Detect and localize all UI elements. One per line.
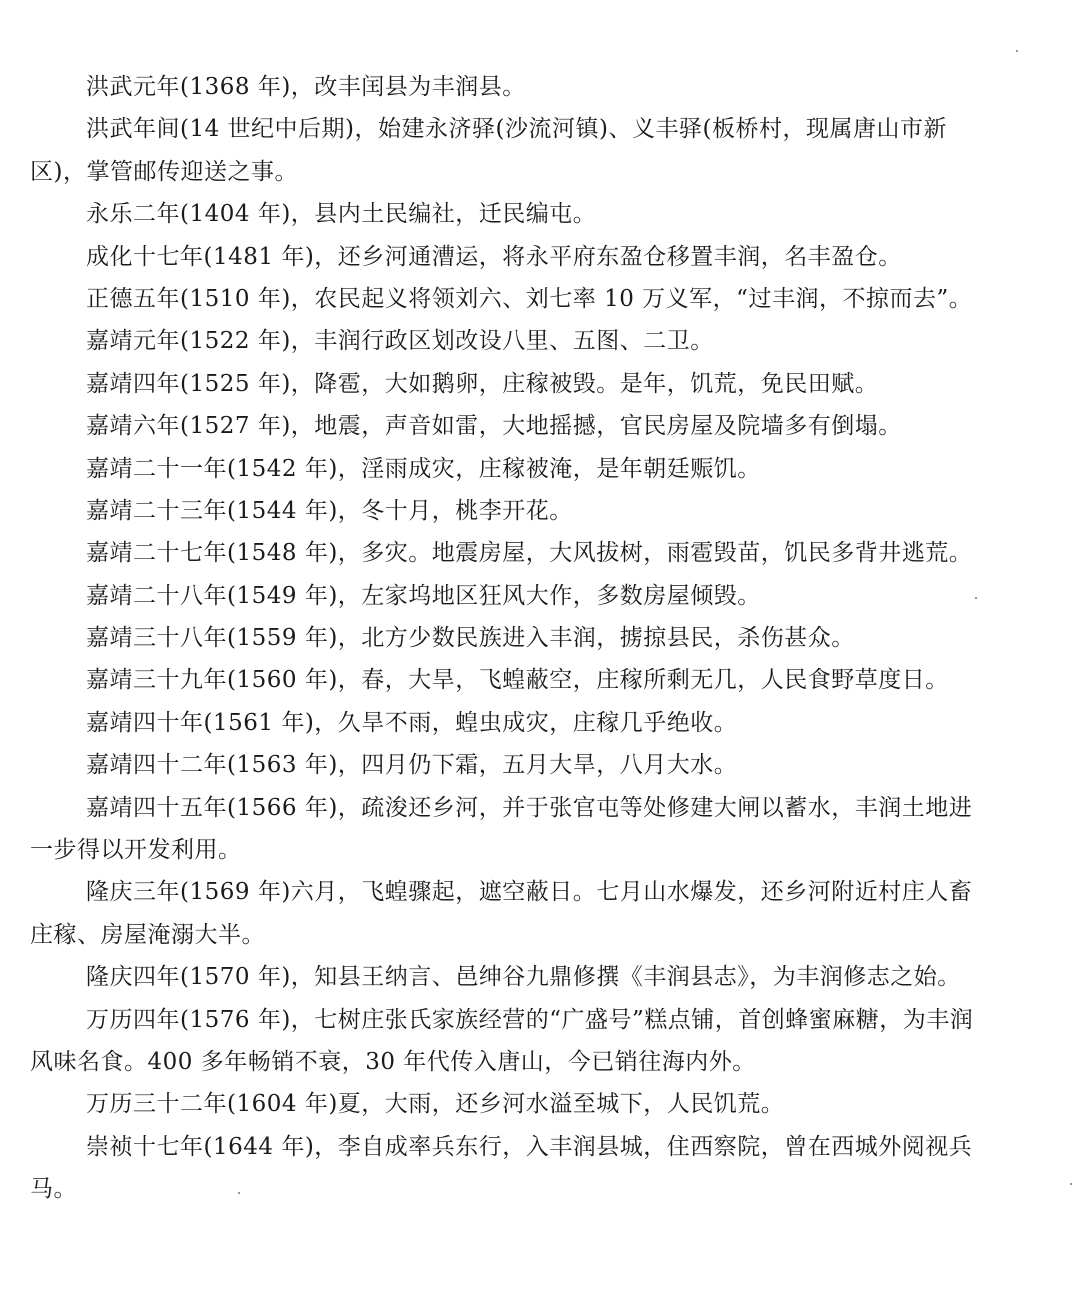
paragraph-line: 成化十七年(1481 年)，还乡河通漕运，将永平府东盈仓移置丰润，名丰盈仓。 [0, 236, 1078, 278]
paragraph-continuation-line: 一步得以开发利用。 [0, 829, 1078, 871]
paragraph: 正德五年(1510 年)，农民起义将领刘六、刘七率 10 万义军，“过丰润，不掠… [0, 278, 1078, 320]
paragraph-line: 洪武元年(1368 年)，改丰闰县为丰润县。 [0, 66, 1078, 108]
paragraph: 嘉靖四年(1525 年)，降雹，大如鹅卵，庄稼被毁。是年，饥荒，免民田赋。 [0, 363, 1078, 405]
paragraph-line: 嘉靖四十五年(1566 年)，疏浚还乡河，并于张官屯等处修建大闸以蓄水，丰润土地… [0, 787, 1078, 829]
document-page: 洪武元年(1368 年)，改丰闰县为丰润县。洪武年间(14 世纪中后期)，始建永… [0, 66, 1078, 1211]
paragraph-line: 正德五年(1510 年)，农民起义将领刘六、刘七率 10 万义军，“过丰润，不掠… [0, 278, 1078, 320]
paragraph: 洪武元年(1368 年)，改丰闰县为丰润县。 [0, 66, 1078, 108]
paragraph-line: 洪武年间(14 世纪中后期)，始建永济驿(沙流河镇)、义丰驿(板桥村，现属唐山市… [0, 108, 1078, 150]
paragraph: 万历三十二年(1604 年)夏，大雨，还乡河水溢至城下，人民饥荒。 [0, 1083, 1078, 1125]
paragraph-line: 嘉靖四十二年(1563 年)，四月仍下霜，五月大旱，八月大水。 [0, 744, 1078, 786]
paragraph: 隆庆四年(1570 年)，知县王纳言、邑绅谷九鼎修撰《丰润县志》，为丰润修志之始… [0, 956, 1078, 998]
paragraph-line: 崇祯十七年(1644 年)，李自成率兵东行，入丰润县城，住西察院，曾在西城外阅视… [0, 1126, 1078, 1168]
paragraph-line: 嘉靖元年(1522 年)，丰润行政区划改设八里、五图、二卫。 [0, 320, 1078, 362]
paragraph: 隆庆三年(1569 年)六月，飞蝗骤起，遮空蔽日。七月山水爆发，还乡河附近村庄人… [0, 871, 1078, 956]
paragraph: 嘉靖元年(1522 年)，丰润行政区划改设八里、五图、二卫。 [0, 320, 1078, 362]
paragraph-continuation-line: 风味名食。400 多年畅销不衰，30 年代传入唐山，今已销往海内外。 [0, 1041, 1078, 1083]
paragraph-continuation-line: 马。 [0, 1168, 1078, 1210]
paragraph: 嘉靖二十一年(1542 年)，淫雨成灾，庄稼被淹，是年朝廷赈饥。 [0, 448, 1078, 490]
paragraph: 嘉靖四十二年(1563 年)，四月仍下霜，五月大旱，八月大水。 [0, 744, 1078, 786]
paragraph: 嘉靖三十八年(1559 年)，北方少数民族进入丰润，掳掠县民，杀伤甚众。 [0, 617, 1078, 659]
paragraph-line: 万历四年(1576 年)，七树庄张氏家族经营的“广盛号”糕点铺，首创蜂蜜麻糖，为… [0, 999, 1078, 1041]
paragraph-line: 隆庆三年(1569 年)六月，飞蝗骤起，遮空蔽日。七月山水爆发，还乡河附近村庄人… [0, 871, 1078, 913]
paragraph: 嘉靖六年(1527 年)，地震，声音如雷，大地摇撼，官民房屋及院墙多有倒塌。 [0, 405, 1078, 447]
paragraph-line: 嘉靖四十年(1561 年)，久旱不雨，蝗虫成灾，庄稼几乎绝收。 [0, 702, 1078, 744]
paragraph-continuation-line: 区)，掌管邮传迎送之事。 [0, 151, 1078, 193]
paragraph: 崇祯十七年(1644 年)，李自成率兵东行，入丰润县城，住西察院，曾在西城外阅视… [0, 1126, 1078, 1211]
paragraph: 永乐二年(1404 年)，县内土民编社，迁民编屯。 [0, 193, 1078, 235]
paragraph: 洪武年间(14 世纪中后期)，始建永济驿(沙流河镇)、义丰驿(板桥村，现属唐山市… [0, 108, 1078, 193]
paragraph-line: 隆庆四年(1570 年)，知县王纳言、邑绅谷九鼎修撰《丰润县志》，为丰润修志之始… [0, 956, 1078, 998]
scan-speck [1016, 50, 1018, 52]
paragraph-line: 嘉靖二十一年(1542 年)，淫雨成灾，庄稼被淹，是年朝廷赈饥。 [0, 448, 1078, 490]
paragraph-line: 嘉靖六年(1527 年)，地震，声音如雷，大地摇撼，官民房屋及院墙多有倒塌。 [0, 405, 1078, 447]
paragraph: 嘉靖四十年(1561 年)，久旱不雨，蝗虫成灾，庄稼几乎绝收。 [0, 702, 1078, 744]
paragraph-line: 嘉靖二十三年(1544 年)，冬十月，桃李开花。 [0, 490, 1078, 532]
scan-speck [975, 597, 977, 599]
paragraph-continuation-line: 庄稼、房屋淹溺大半。 [0, 914, 1078, 956]
paragraph-line: 嘉靖四年(1525 年)，降雹，大如鹅卵，庄稼被毁。是年，饥荒，免民田赋。 [0, 363, 1078, 405]
paragraph-line: 嘉靖二十八年(1549 年)，左家坞地区狂风大作，多数房屋倾毁。 [0, 575, 1078, 617]
paragraph: 万历四年(1576 年)，七树庄张氏家族经营的“广盛号”糕点铺，首创蜂蜜麻糖，为… [0, 999, 1078, 1084]
paragraph: 嘉靖四十五年(1566 年)，疏浚还乡河，并于张官屯等处修建大闸以蓄水，丰润土地… [0, 787, 1078, 872]
paragraph: 成化十七年(1481 年)，还乡河通漕运，将永平府东盈仓移置丰润，名丰盈仓。 [0, 236, 1078, 278]
paragraph: 嘉靖二十八年(1549 年)，左家坞地区狂风大作，多数房屋倾毁。 [0, 575, 1078, 617]
paragraph: 嘉靖二十三年(1544 年)，冬十月，桃李开花。 [0, 490, 1078, 532]
paragraph-line: 嘉靖三十九年(1560 年)，春，大旱，飞蝗蔽空，庄稼所剩无几，人民食野草度日。 [0, 659, 1078, 701]
paragraph: 嘉靖三十九年(1560 年)，春，大旱，飞蝗蔽空，庄稼所剩无几，人民食野草度日。 [0, 659, 1078, 701]
paragraph-line: 嘉靖三十八年(1559 年)，北方少数民族进入丰润，掳掠县民，杀伤甚众。 [0, 617, 1078, 659]
paragraph: 嘉靖二十七年(1548 年)，多灾。地震房屋，大风拔树，雨雹毁苗，饥民多背井逃荒… [0, 532, 1078, 574]
paragraph-line: 嘉靖二十七年(1548 年)，多灾。地震房屋，大风拔树，雨雹毁苗，饥民多背井逃荒… [0, 532, 1078, 574]
scan-speck [1070, 1183, 1072, 1185]
paragraph-line: 永乐二年(1404 年)，县内土民编社，迁民编屯。 [0, 193, 1078, 235]
paragraph-line: 万历三十二年(1604 年)夏，大雨，还乡河水溢至城下，人民饥荒。 [0, 1083, 1078, 1125]
scan-speck [238, 1192, 240, 1194]
